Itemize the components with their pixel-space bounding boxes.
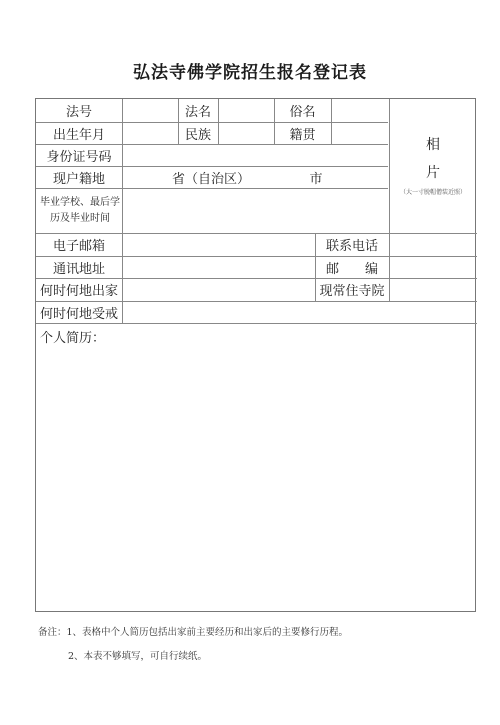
id-number-field[interactable]	[123, 144, 389, 166]
address-field[interactable]	[123, 256, 315, 278]
label-ordination-home: 何时何地出家	[36, 278, 122, 301]
label-address: 通讯地址	[36, 256, 122, 278]
dharma-name-field[interactable]	[219, 99, 274, 122]
note-line-1: 备注：1、表格中个人简历包括出家前主要经历和出家后的主要修行历程。	[38, 624, 348, 638]
resume-field[interactable]	[36, 349, 475, 611]
precepts-field[interactable]	[123, 301, 477, 323]
registration-form: 法号 法名 俗名 出生年月 民族 籍贯 身份证号码 现户籍地 省（自治区） 市 …	[35, 98, 476, 612]
birth-date-field[interactable]	[123, 122, 178, 144]
education-field[interactable]	[123, 188, 389, 233]
label-current-temple: 现常住寺院	[315, 278, 389, 301]
label-education: 毕业学校、最后学历及毕业时间	[38, 188, 122, 233]
label-dharma-name: 法名	[178, 99, 218, 122]
native-place-field[interactable]	[332, 122, 389, 144]
label-dharma-id: 法号	[36, 99, 122, 122]
label-email: 电子邮箱	[36, 233, 122, 256]
household-field[interactable]	[123, 166, 389, 188]
ordination-home-field[interactable]	[123, 278, 315, 301]
phone-field[interactable]	[390, 233, 477, 256]
divider	[36, 323, 477, 324]
postcode-field[interactable]	[390, 256, 477, 278]
photo-box[interactable]	[390, 99, 477, 233]
email-field[interactable]	[123, 233, 315, 256]
page-title: 弘法寺佛学院招生报名登记表	[0, 58, 500, 83]
label-native-place: 籍贯	[274, 122, 331, 144]
ethnicity-field[interactable]	[219, 122, 274, 144]
label-resume: 个人简历：	[40, 325, 105, 347]
current-temple-field[interactable]	[390, 278, 477, 301]
label-birth-date: 出生年月	[36, 122, 122, 144]
label-postcode: 邮 编	[315, 256, 389, 278]
label-ethnicity: 民族	[178, 122, 218, 144]
note-line-2: 2、本表不够填写，可自行续纸。	[68, 648, 207, 662]
dharma-id-field[interactable]	[123, 99, 178, 122]
label-secular-name: 俗名	[274, 99, 331, 122]
label-phone: 联系电话	[315, 233, 389, 256]
label-id-number: 身份证号码	[36, 144, 122, 166]
label-household: 现户籍地	[36, 166, 122, 188]
label-precepts: 何时何地受戒	[36, 301, 122, 323]
secular-name-field[interactable]	[332, 99, 389, 122]
